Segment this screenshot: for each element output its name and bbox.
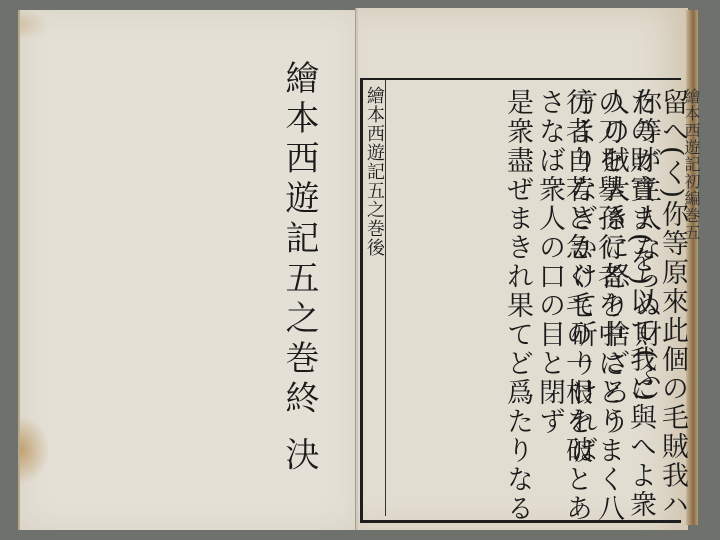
- open-book: 繪本西遊記五之巻終 決 繪本西遊記五之巻後 繪本西遊記初編巻五 留へ(く)你等原…: [0, 0, 720, 540]
- handwritten-title: 繪本西遊記五之巻終 決: [282, 60, 316, 477]
- frame-rule: [385, 80, 386, 516]
- stain: [20, 10, 50, 40]
- text-column: 行者自若と急ぐ毛の一根を破とあさなば衆人の口の目と閉ず: [536, 88, 590, 540]
- text-column: 是衆盡ぜまきれ果てど爲たりなる: [504, 88, 531, 523]
- colophon-column: 繪本西遊記五之巻後: [365, 86, 383, 257]
- stain: [20, 415, 50, 485]
